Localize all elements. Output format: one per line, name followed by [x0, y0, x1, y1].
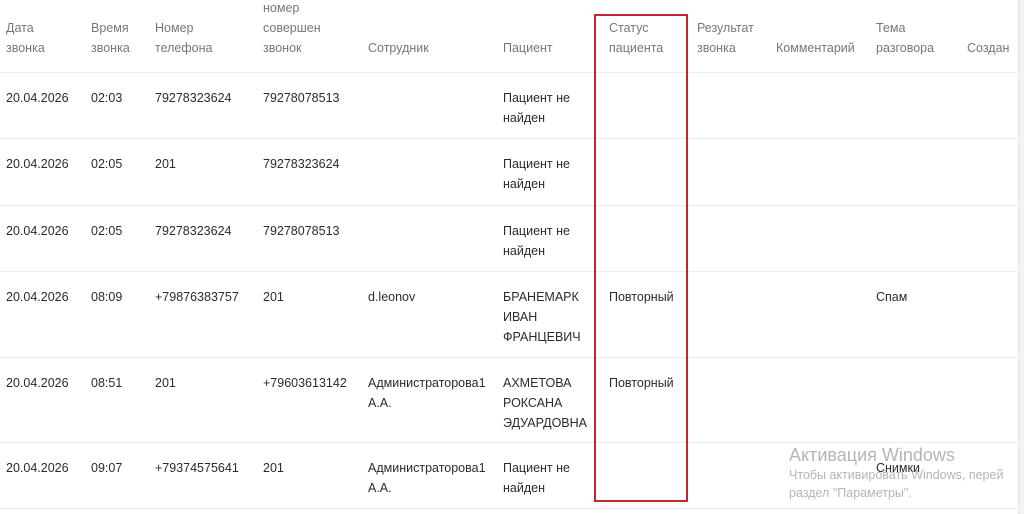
column-header-phone[interactable]: Номер телефона: [155, 18, 260, 58]
cell-called: 79278078513: [263, 88, 383, 108]
column-header-comment[interactable]: Комментарий: [776, 38, 871, 58]
cell-status: Повторный: [609, 287, 709, 307]
column-header-result[interactable]: Результат звонка: [697, 18, 772, 58]
cell-patient: БРАНЕМАРК ИВАН ФРАНЦЕВИЧ: [503, 287, 581, 347]
column-header-patient[interactable]: Пациент: [503, 38, 593, 58]
cell-status: Повторный: [609, 373, 709, 393]
table-row[interactable]: 20.04.202608:09+79876383757201d.leonovБР…: [0, 271, 1018, 358]
cell-called: +79603613142: [263, 373, 383, 393]
cell-patient: Пациент не найден: [503, 458, 581, 498]
table-header: Дата звонкаВремя звонкаНомер телефонаном…: [0, 0, 1018, 73]
table-row[interactable]: 20.04.202602:057927832362479278078513Пац…: [0, 205, 1018, 272]
cell-phone: 79278323624: [155, 221, 280, 241]
table-row[interactable]: 20.04.202608:51201+79603613142Администра…: [0, 357, 1018, 443]
cell-called: 79278323624: [263, 154, 383, 174]
cell-patient: Пациент не найден: [503, 88, 581, 128]
column-header-created[interactable]: Создан: [967, 38, 1017, 58]
cell-phone: +79876383757: [155, 287, 280, 307]
cell-employee: Администраторова1 А.А.: [368, 373, 483, 413]
column-header-employee[interactable]: Сотрудник: [368, 38, 498, 58]
column-header-time[interactable]: Время звонка: [91, 18, 151, 58]
cell-phone: 201: [155, 154, 280, 174]
cell-patient: Пациент не найден: [503, 154, 581, 194]
cell-patient: Пациент не найден: [503, 221, 581, 261]
cell-phone: 79278323624: [155, 88, 280, 108]
table-row[interactable]: 20.04.202602:037927832362479278078513Пац…: [0, 72, 1018, 139]
column-header-status[interactable]: Статус пациента: [609, 18, 689, 58]
table-row[interactable]: 20.04.202602:0520179278323624Пациент не …: [0, 138, 1018, 206]
cell-called: 79278078513: [263, 221, 383, 241]
column-header-topic[interactable]: Тема разговора: [876, 18, 961, 58]
cell-called: 201: [263, 287, 383, 307]
vertical-scrollbar[interactable]: [1018, 0, 1024, 514]
column-header-called[interactable]: номер совершен звонок: [263, 0, 333, 58]
cell-called: 201: [263, 458, 383, 478]
cell-phone: 201: [155, 373, 280, 393]
column-header-date[interactable]: Дата звонка: [6, 18, 86, 58]
cell-patient: АХМЕТОВА РОКСАНА ЭДУАРДОВНА: [503, 373, 581, 433]
table-row[interactable]: 20.04.202609:07+79374575641201Администра…: [0, 442, 1018, 509]
cell-topic: Снимки: [876, 458, 981, 478]
cell-employee: Администраторова1 А.А.: [368, 458, 483, 498]
cell-phone: +79374575641: [155, 458, 280, 478]
cell-employee: d.leonov: [368, 287, 483, 307]
cell-topic: Спам: [876, 287, 981, 307]
